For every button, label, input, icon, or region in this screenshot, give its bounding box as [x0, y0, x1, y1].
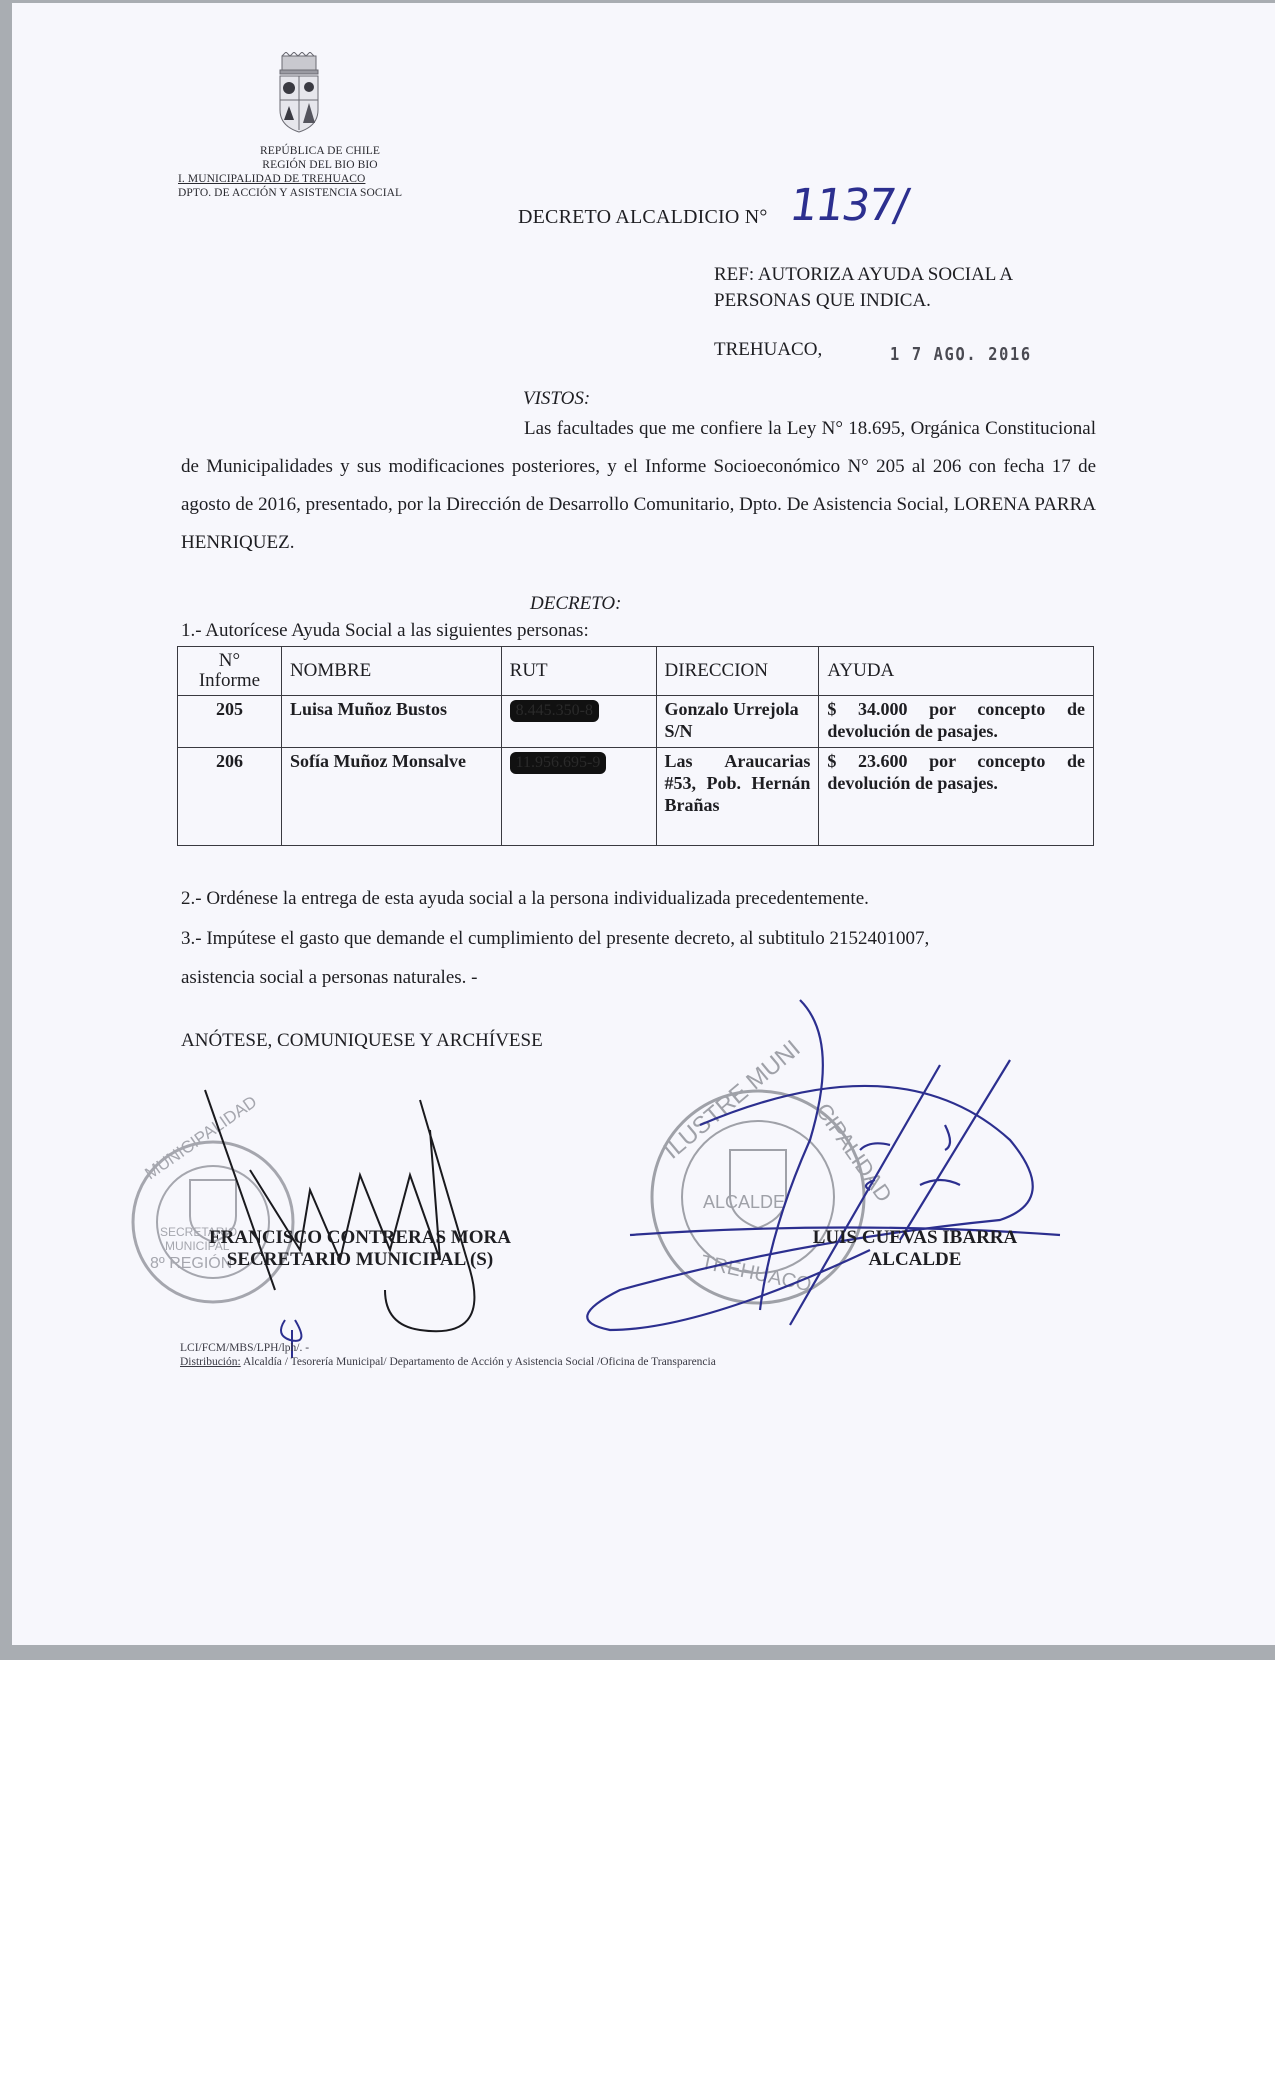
redacted-rut: 8.445.350-8	[510, 700, 599, 722]
secretary-signature-block: FRANCISCO CONTRERAS MORA SECRETARIO MUNI…	[190, 1227, 530, 1271]
secretary-name: FRANCISCO CONTRERAS MORA	[190, 1227, 530, 1249]
cell-informe: 205	[178, 696, 282, 748]
aid-recipients-table: N° Informe NOMBRE RUT DIRECCION AYUDA 20…	[177, 646, 1094, 846]
mayor-title: ALCALDE	[795, 1249, 1035, 1271]
header-informe-line1: N°	[186, 651, 273, 671]
decree-item-1: 1.- Autorícese Ayuda Social a las siguie…	[181, 620, 589, 642]
header-region: REGIÓN DEL BIO BIO	[170, 159, 470, 171]
municipal-crest-icon	[272, 52, 326, 140]
column-header-nombre: NOMBRE	[281, 647, 501, 696]
table-row: 205 Luisa Muñoz Bustos 8.445.350-8 Gonza…	[178, 696, 1094, 748]
distribution-label: Distribución:	[180, 1356, 241, 1368]
cell-rut: 8.445.350-8	[501, 696, 656, 748]
vistos-paragraph: Las facultades que me confiere la Ley N°…	[181, 410, 1096, 562]
vistos-text: Las facultades que me confiere la Ley N°…	[181, 418, 1096, 553]
closing-formula: ANÓTESE, COMUNIQUESE Y ARCHÍVESE	[181, 1030, 543, 1052]
decree-reference: REF: AUTORIZA AYUDA SOCIAL A PERSONAS QU…	[714, 262, 1013, 314]
decree-item-2: 2.- Ordénese la entrega de esta ayuda so…	[181, 888, 869, 910]
mayor-name: LUIS CUEVAS IBARRA	[795, 1227, 1035, 1249]
footer-initials: LCI/FCM/MBS/LPH/lph/. -	[180, 1342, 309, 1354]
mayor-signature-block: LUIS CUEVAS IBARRA ALCALDE	[795, 1227, 1035, 1271]
header-informe-line2: Informe	[186, 671, 273, 691]
column-header-direccion: DIRECCION	[656, 647, 819, 696]
header-municipality: I. MUNICIPALIDAD DE TREHUACO	[178, 173, 478, 185]
table-row: 206 Sofía Muñoz Monsalve 11.956.695-9 La…	[178, 748, 1094, 846]
cell-ayuda: $ 23.600 por concepto de devolución de p…	[819, 748, 1094, 846]
distribution-text: Alcaldía / Tesorería Municipal/ Departam…	[241, 1356, 716, 1368]
secretary-title: SECRETARIO MUNICIPAL (S)	[190, 1249, 530, 1271]
footer-distribution: Distribución: Alcaldía / Tesorería Munic…	[180, 1356, 716, 1368]
vistos-heading: VISTOS:	[523, 388, 590, 410]
decree-number-handwritten: 1137/	[786, 180, 910, 231]
decree-item-3-line-2: asistencia social a personas naturales. …	[181, 967, 478, 989]
header-department: DPTO. DE ACCIÓN Y ASISTENCIA SOCIAL	[178, 187, 478, 199]
ref-line-1: REF: AUTORIZA AYUDA SOCIAL A	[714, 262, 1013, 288]
decree-place: TREHUACO,	[714, 339, 822, 361]
decree-title: DECRETO ALCALDICIO N°	[518, 206, 768, 229]
decree-item-3-line-1: 3.- Impútese el gasto que demande el cum…	[181, 928, 929, 950]
cell-nombre: Luisa Muñoz Bustos	[281, 696, 501, 748]
column-header-ayuda: AYUDA	[819, 647, 1094, 696]
redacted-rut: 11.956.695-9	[510, 752, 607, 774]
date-stamp: 1 7 AGO. 2016	[890, 344, 1032, 365]
cell-direccion: Gonzalo Urrejola S/N	[656, 696, 819, 748]
table-header-row: N° Informe NOMBRE RUT DIRECCION AYUDA	[178, 647, 1094, 696]
column-header-informe: N° Informe	[178, 647, 282, 696]
cell-ayuda: $ 34.000 por concepto de devolución de p…	[819, 696, 1094, 748]
column-header-rut: RUT	[501, 647, 656, 696]
cell-direccion: Las Araucarias #53, Pob. Hernán Brañas	[656, 748, 819, 846]
decreto-heading: DECRETO:	[530, 593, 621, 615]
cell-rut: 11.956.695-9	[501, 748, 656, 846]
ref-line-2: PERSONAS QUE INDICA.	[714, 288, 1013, 314]
cell-informe: 206	[178, 748, 282, 846]
header-country: REPÚBLICA DE CHILE	[170, 145, 470, 157]
cell-nombre: Sofía Muñoz Monsalve	[281, 748, 501, 846]
